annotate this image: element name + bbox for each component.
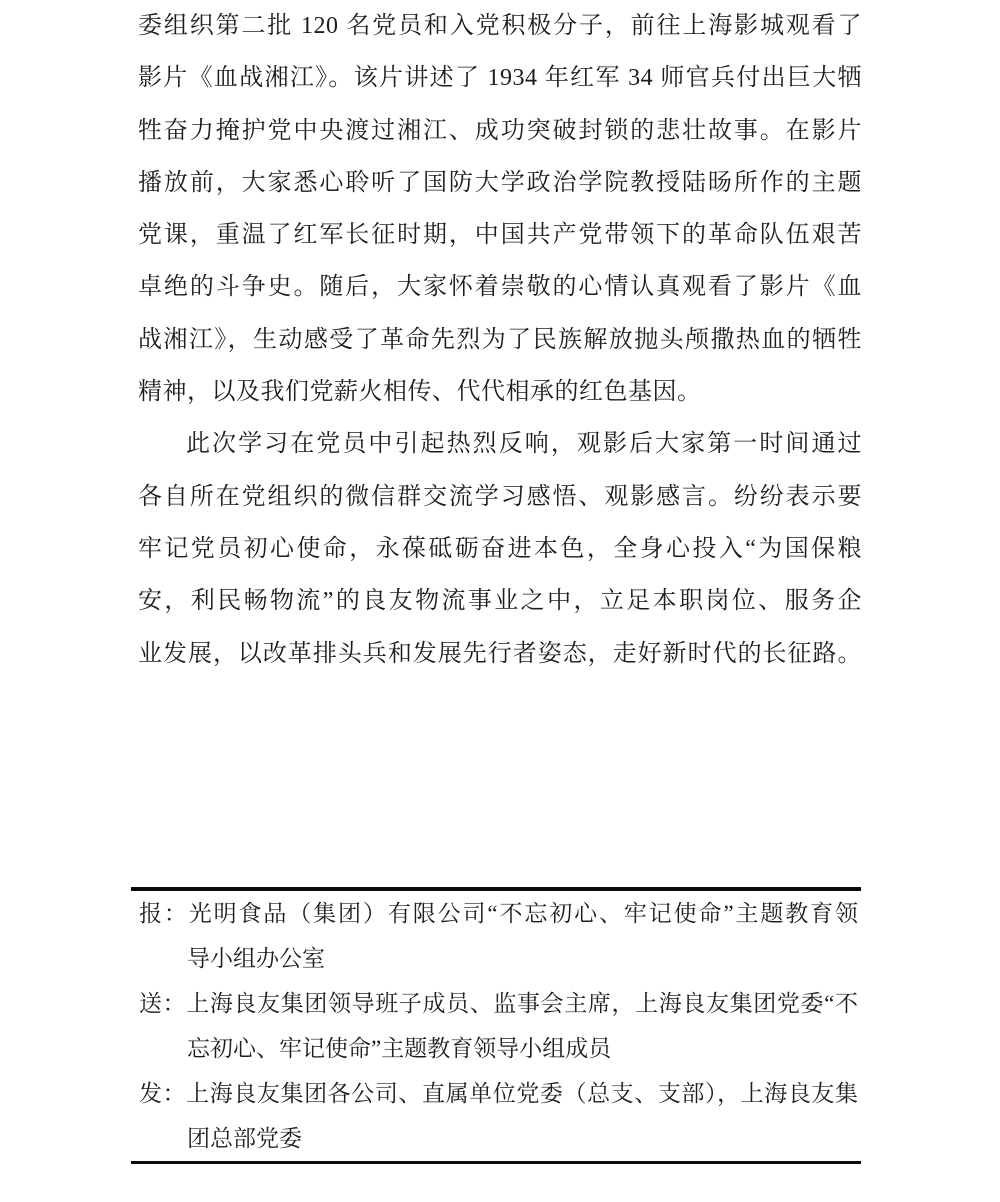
body-line: 卓绝的斗争史。随后，大家怀着崇敬的心情认真观看了影片《血 xyxy=(138,261,862,313)
body-line: 党课，重温了红军长征时期，中国共产党带领下的革命队伍艰苦 xyxy=(138,209,862,261)
body-line: 播放前，大家悉心聆听了国防大学政治学院教授陆旸所作的主题 xyxy=(138,157,862,209)
footer-entry-send-to: 送：上海良友集团领导班子成员、监事会主席，上海良友集团党委“不 忘初心、牢记使命… xyxy=(139,981,858,1071)
footer-entry-line: 送：上海良友集团领导班子成员、监事会主席，上海良友集团党委“不 xyxy=(139,981,858,1026)
body-line: 精神，以及我们党薪火相传、代代相承的红色基因。 xyxy=(138,366,862,418)
body-text-block: 委组织第二批 120 名党员和入党积极分子，前往上海影城观看了 影片《血战湘江》… xyxy=(138,0,862,680)
footer-entry-line: 忘初心、牢记使命”主题教育领导小组成员 xyxy=(187,1026,858,1071)
body-line: 影片《血战湘江》。该片讲述了 1934 年红军 34 师官兵付出巨大牺 xyxy=(138,52,862,104)
body-line-paragraph-start: 此次学习在党员中引起热烈反响，观影后大家第一时间通过 xyxy=(138,418,862,470)
body-line: 牲奋力掩护党中央渡过湘江、成功突破封锁的悲壮故事。在影片 xyxy=(138,105,862,157)
body-line: 牢记党员初心使命，永葆砥砺奋进本色，全身心投入“为国保粮 xyxy=(138,523,862,575)
footer-entry-line: 导小组办公室 xyxy=(187,936,858,981)
footer-entry-report-to: 报：光明食品（集团）有限公司“不忘初心、牢记使命”主题教育领 导小组办公室 xyxy=(139,891,858,981)
distribution-footer-block: 报：光明食品（集团）有限公司“不忘初心、牢记使命”主题教育领 导小组办公室 送：… xyxy=(131,887,861,1164)
body-line: 委组织第二批 120 名党员和入党积极分子，前往上海影城观看了 xyxy=(138,0,862,52)
body-line: 战湘江》，生动感受了革命先烈为了民族解放抛头颅撒热血的牺牲 xyxy=(138,314,862,366)
body-line: 各自所在党组织的微信群交流学习感悟、观影感言。纷纷表示要 xyxy=(138,471,862,523)
body-line: 安，利民畅物流”的良友物流事业之中，立足本职岗位、服务企 xyxy=(138,575,862,627)
body-line: 业发展，以改革排头兵和发展先行者姿态，走好新时代的长征路。 xyxy=(138,628,862,680)
footer-entries: 报：光明食品（集团）有限公司“不忘初心、牢记使命”主题教育领 导小组办公室 送：… xyxy=(131,891,861,1161)
document-page: 委组织第二批 120 名党员和入党积极分子，前往上海影城观看了 影片《血战湘江》… xyxy=(0,0,1000,1202)
footer-entry-line: 团总部党委 xyxy=(187,1116,858,1161)
footer-entry-distribute-to: 发：上海良友集团各公司、直属单位党委（总支、支部），上海良友集 团总部党委 xyxy=(139,1071,858,1161)
footer-entry-line: 报：光明食品（集团）有限公司“不忘初心、牢记使命”主题教育领 xyxy=(139,891,858,936)
footer-bottom-rule xyxy=(131,1161,861,1164)
footer-entry-line: 发：上海良友集团各公司、直属单位党委（总支、支部），上海良友集 xyxy=(139,1071,858,1116)
